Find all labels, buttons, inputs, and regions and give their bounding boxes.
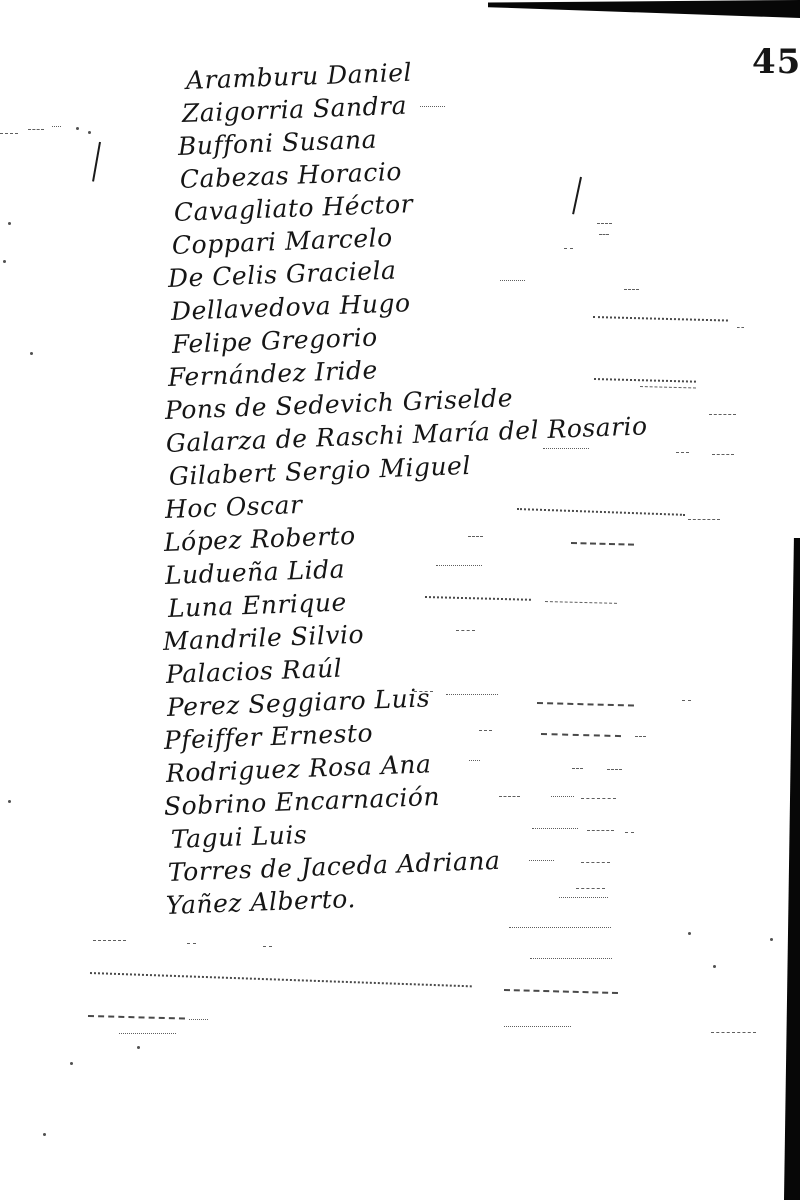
scan-artifact [530,958,612,959]
scan-artifact [456,630,475,631]
scan-artifact [436,565,482,566]
scan-artifact [509,927,611,928]
scan-artifact [90,972,472,987]
scan-artifact [551,796,574,797]
handwritten-name-list: Aramburu Daniel Zaigorria Sandra Buffoni… [162,64,762,922]
scan-artifact [504,989,618,994]
scan-artifact [581,862,610,863]
scan-artifact [597,223,612,224]
scan-artifact [737,327,744,328]
scan-artifact [3,260,6,263]
scan-artifact [420,106,445,107]
scan-artifact [93,940,126,941]
scan-artifact [30,352,33,355]
scan-artifact [576,888,605,889]
scan-artifact [469,760,480,761]
scan-artifact [499,796,520,797]
scan-artifact [28,129,44,130]
scan-artifact [713,965,716,968]
scan-artifact [599,234,609,235]
scan-artifact [8,800,11,803]
scan-artifact [8,222,11,225]
scan-artifact [500,280,525,281]
scan-artifact [709,414,736,415]
scan-artifact [625,832,634,833]
scan-artifact [43,1133,46,1136]
scan-artifact [88,1015,185,1020]
scan-artifact [581,798,616,799]
scan-artifact [504,1026,571,1027]
scan-artifact [119,1033,176,1034]
scan-artifact [92,142,101,182]
scan-artifact [711,1032,756,1033]
scanned-page: 45 Aramburu Daniel Zaigorria Sandra Buff… [0,0,800,1200]
scan-artifact [543,448,589,449]
scan-artifact [682,700,691,701]
scan-edge-artifact-top [488,0,800,18]
scan-artifact [187,943,196,944]
scan-artifact [70,1062,73,1065]
scan-artifact [446,694,498,695]
scan-artifact [414,691,433,692]
scan-artifact [468,536,483,537]
scan-artifact [88,131,91,134]
scan-artifact [76,127,79,130]
scan-artifact [137,1046,140,1049]
scan-edge-artifact-right [784,538,800,1200]
scan-artifact [189,1019,208,1020]
scan-artifact [529,860,554,861]
scan-artifact [532,828,578,829]
scan-artifact [587,830,614,831]
scan-artifact [572,768,583,769]
scan-artifact [0,133,18,134]
scan-artifact [564,248,573,249]
scan-artifact [688,932,691,935]
scan-artifact [688,519,720,520]
scan-artifact [607,769,622,770]
scan-artifact [624,289,639,290]
scan-artifact [559,897,608,898]
scan-artifact [635,736,646,737]
scan-artifact [712,454,734,455]
scan-artifact [676,452,689,453]
scan-artifact [479,730,492,731]
scan-artifact [263,946,272,947]
scan-artifact [770,938,773,941]
scan-artifact [52,126,61,127]
